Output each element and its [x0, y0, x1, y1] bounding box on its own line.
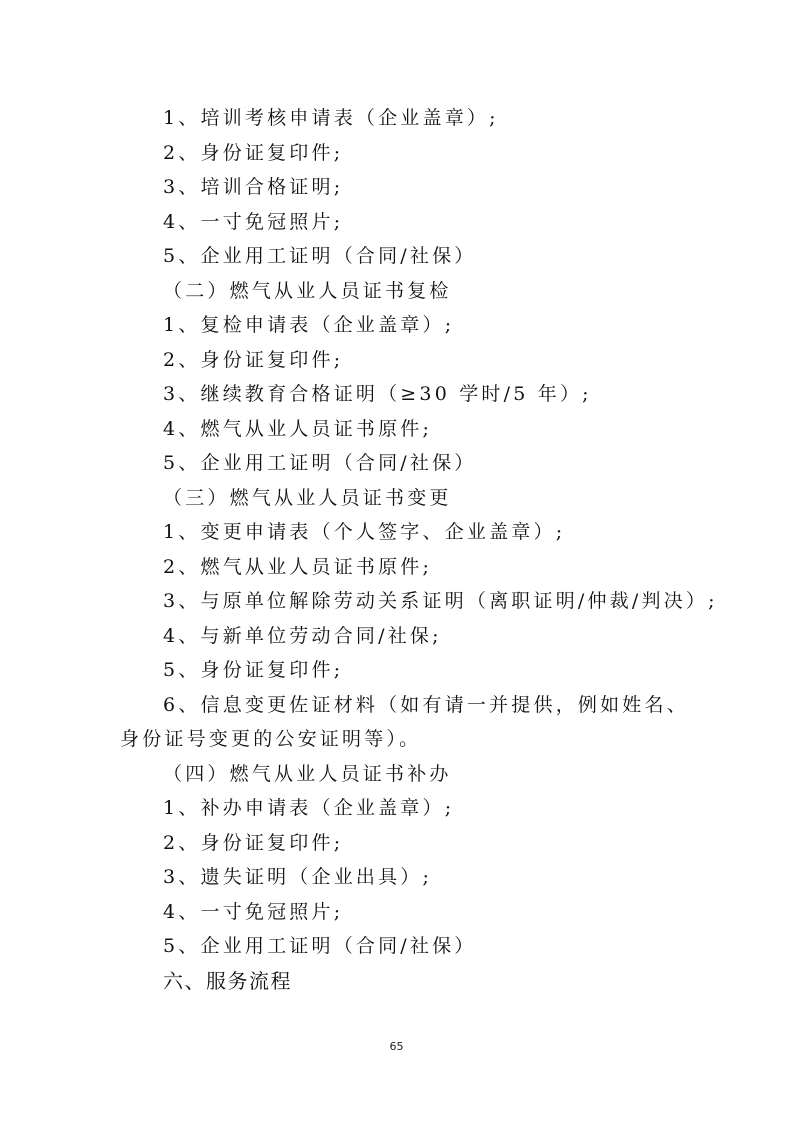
list-item-employment-proof: 5、企业用工证明（合同/社保） [163, 934, 477, 958]
list-item-id-copy: 2、身份证复印件; [163, 141, 343, 165]
list-item-recheck-application: 1、复检申请表（企业盖章）; [163, 313, 454, 337]
list-item-employment-proof: 5、企业用工证明（合同/社保） [163, 451, 477, 475]
list-item-training-application: 1、培训考核申请表（企业盖章）; [163, 106, 499, 130]
subsection-heading-change: （三）燃气从业人员证书变更 [163, 486, 452, 510]
list-item-id-copy: 2、身份证复印件; [163, 831, 343, 855]
list-item-termination-proof: 3、与原单位解除劳动关系证明（离职证明/仲裁/判决）; [163, 589, 718, 613]
list-item-loss-proof: 3、遗失证明（企业出具）; [163, 865, 432, 889]
list-item-new-contract: 4、与新单位劳动合同/社保; [163, 624, 442, 648]
list-item-id-copy: 5、身份证复印件; [163, 658, 343, 682]
list-item-training-certificate: 3、培训合格证明; [163, 175, 343, 199]
list-item-certificate-original: 4、燃气从业人员证书原件; [163, 417, 432, 441]
list-item-certificate-original: 2、燃气从业人员证书原件; [163, 555, 432, 579]
document-page: 1、培训考核申请表（企业盖章）; 2、身份证复印件; 3、培训合格证明; 4、一… [0, 0, 793, 1122]
page-number: 65 [0, 1040, 793, 1053]
subsection-heading-recheck: （二）燃气从业人员证书复检 [163, 279, 452, 303]
section-heading-service-process: 六、服务流程 [163, 969, 292, 993]
list-item-continuing-education: 3、继续教育合格证明（≥30 学时/5 年）; [163, 382, 592, 406]
list-item-photo: 4、一寸免冠照片; [163, 210, 343, 234]
subsection-heading-reissue: （四）燃气从业人员证书补办 [163, 762, 452, 786]
list-item-change-application: 1、变更申请表（个人签字、企业盖章）; [163, 520, 565, 544]
list-item-reissue-application: 1、补办申请表（企业盖章）; [163, 796, 454, 820]
list-item-change-evidence-continued: 身份证号变更的公安证明等）。 [120, 727, 421, 751]
list-item-employment-proof: 5、企业用工证明（合同/社保） [163, 244, 477, 268]
list-item-id-copy: 2、身份证复印件; [163, 348, 343, 372]
list-item-change-evidence: 6、信息变更佐证材料（如有请一并提供，例如姓名、 [163, 693, 689, 717]
list-item-photo: 4、一寸免冠照片; [163, 900, 343, 924]
